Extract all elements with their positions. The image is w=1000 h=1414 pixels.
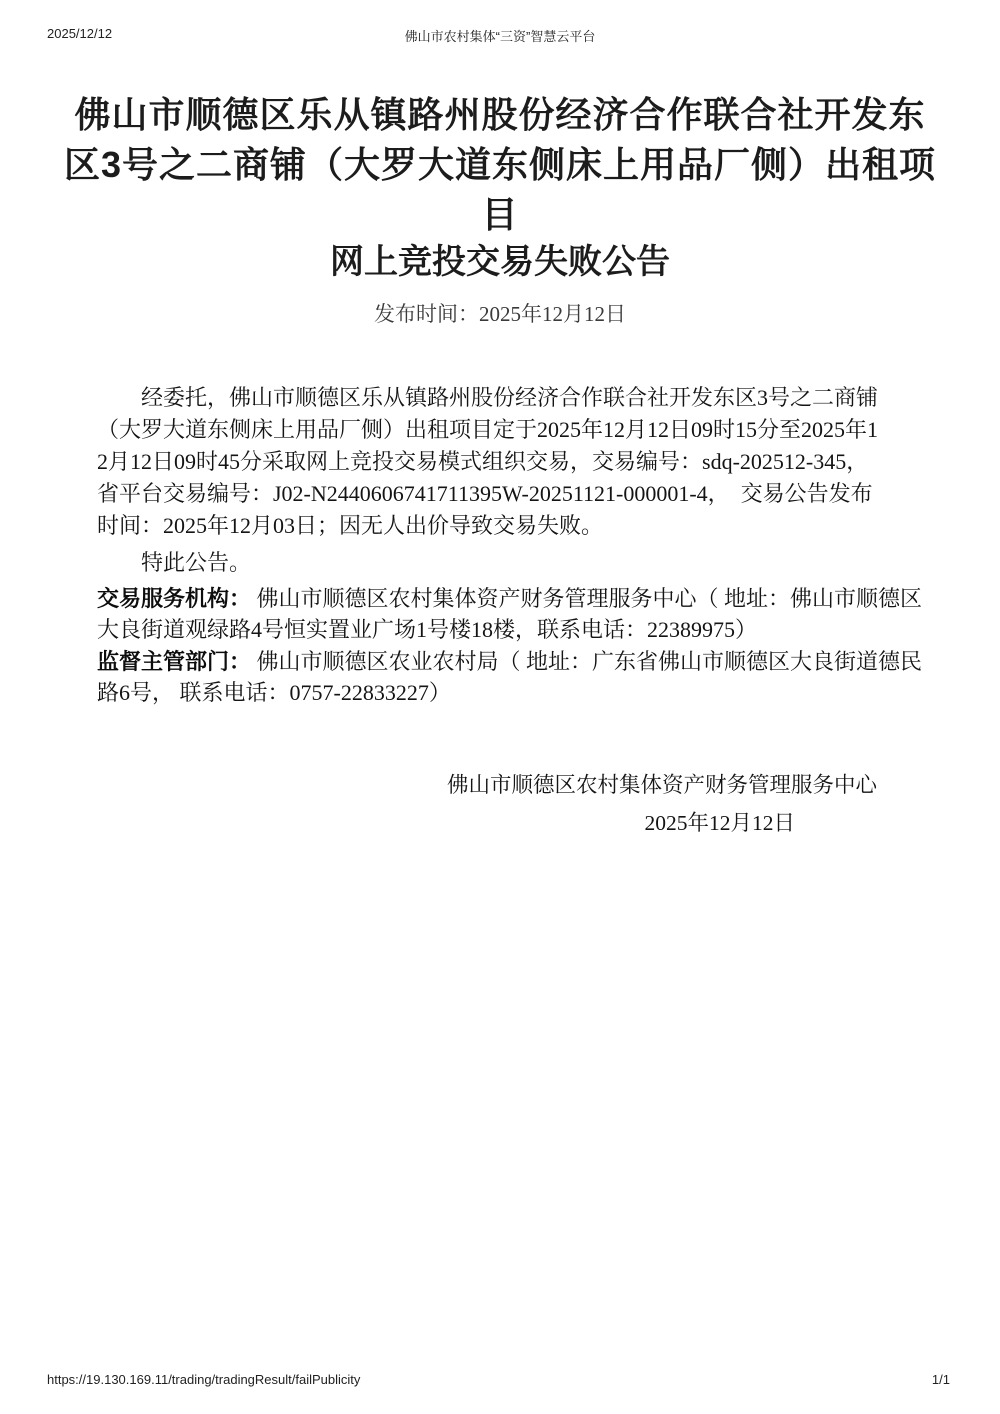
document-title: 佛山市顺德区乐从镇路州股份经济合作联合社开发东区3号之二商铺（大罗大道东侧床上用… (50, 90, 950, 240)
signature-date: 2025年12月12日 (644, 806, 795, 837)
page-number: 1/1 (932, 1372, 950, 1387)
agency-paragraph: 交易服务机构： 佛山市顺德区农村集体资产财务管理服务中心（ 地址：佛山市顺德区大… (97, 583, 925, 645)
signature-org: 佛山市顺德区农村集体资产财务管理服务中心 (447, 768, 877, 799)
agency-label: 交易服务机构： (97, 586, 251, 611)
document-page: 2025/12/12 佛山市农村集体“三资”智慧云平台 佛山市顺德区乐从镇路州股… (0, 0, 1000, 1414)
supervisor-label: 监督主管部门： (97, 649, 251, 674)
closing-note: 特此公告。 (97, 547, 925, 579)
document-subtitle: 网上竞投交易失败公告 (50, 240, 950, 284)
header-platform-title: 佛山市农村集体“三资”智慧云平台 (0, 26, 1000, 45)
footer-url: https://19.130.169.11/trading/tradingRes… (47, 1372, 360, 1387)
body-paragraph: 经委托，佛山市顺德区乐从镇路州股份经济合作联合社开发东区3号之二商铺（大罗大道东… (97, 382, 925, 542)
supervisor-paragraph: 监督主管部门： 佛山市顺德区农业农村局（ 地址：广东省佛山市顺德区大良街道德民路… (97, 646, 925, 708)
publish-time: 发布时间：2025年12月12日 (50, 298, 950, 328)
